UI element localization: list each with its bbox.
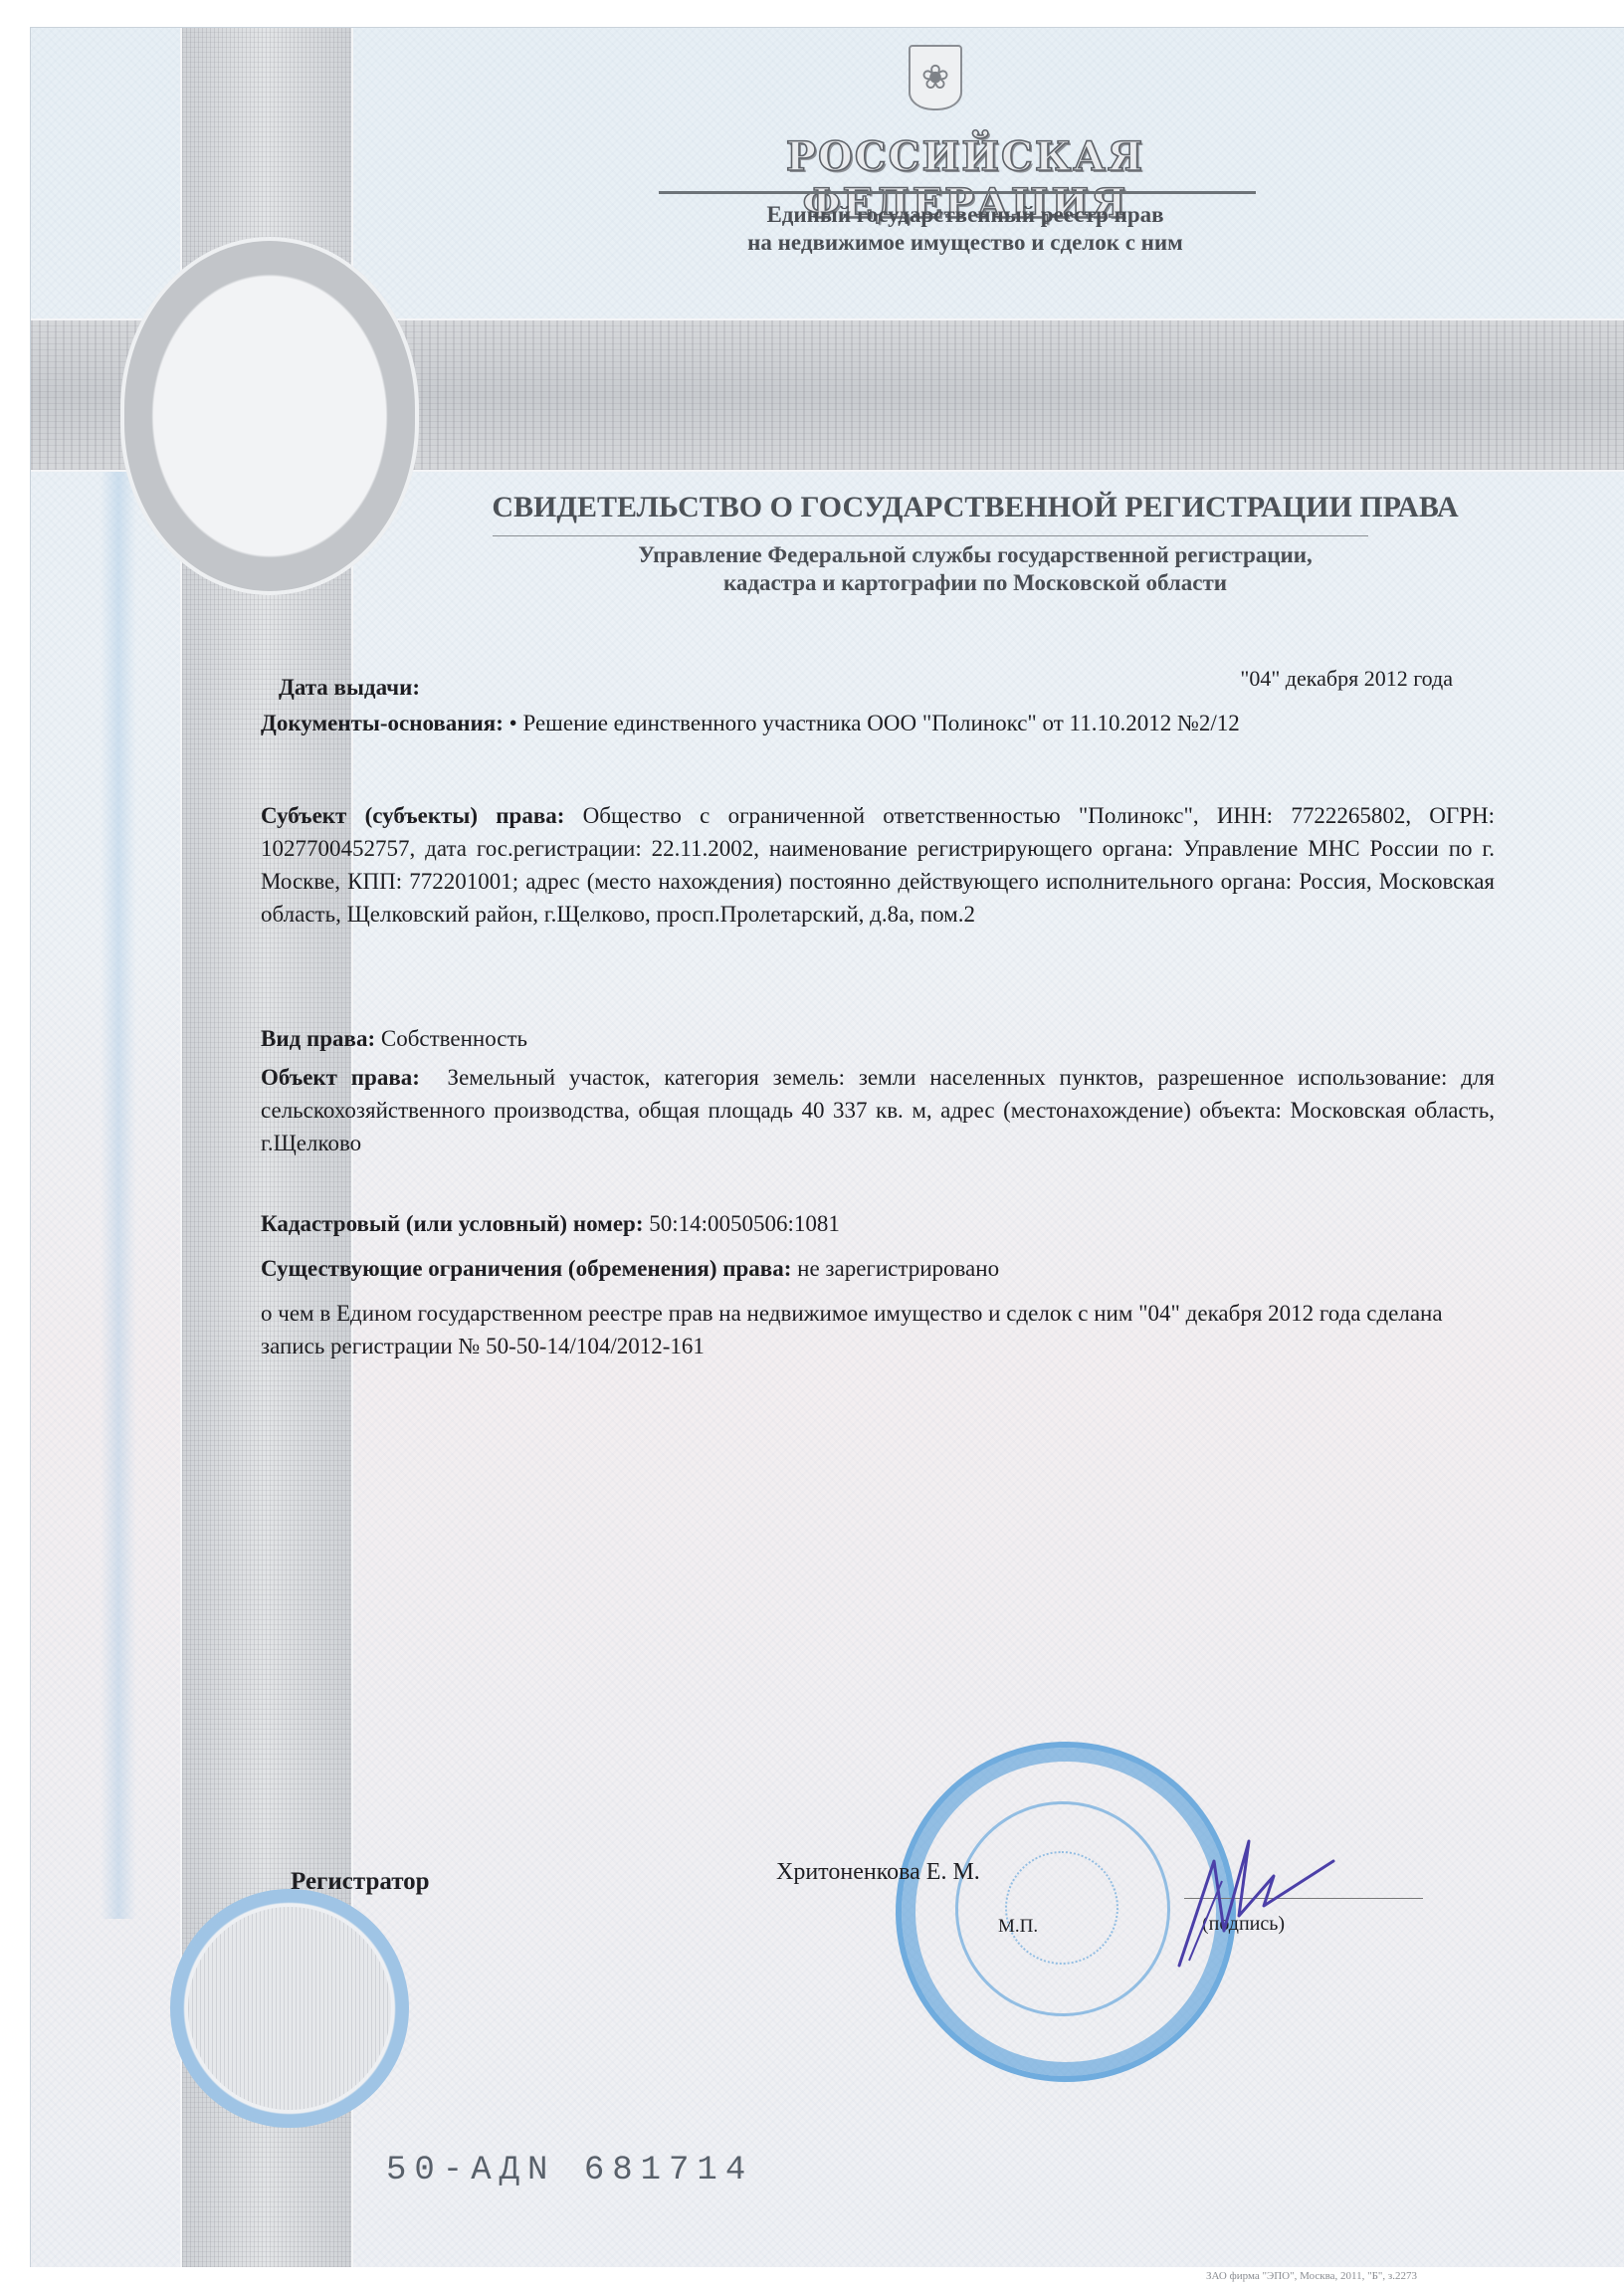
subject-label: Субъект (субъекты) права: — [261, 803, 564, 828]
certificate-title: СВИДЕТЕЛЬСТВО О ГОСУДАРСТВЕННОЙ РЕГИСТРА… — [378, 491, 1572, 524]
encumbrance-label: Существующие ограничения (обременения) п… — [261, 1256, 791, 1281]
coat-of-arms-icon: ❀ — [909, 45, 962, 110]
seal-center — [1005, 1851, 1118, 1965]
title-divider — [493, 535, 1368, 536]
right-type-value: Собственность — [381, 1026, 527, 1051]
issue-date-label: Дата выдачи: — [279, 675, 420, 701]
serial-number: 50-АДN 681714 — [386, 2152, 753, 2189]
registrar-name: Хритоненкова Е. М. — [776, 1859, 980, 1886]
registry-line-1: Единый государственный реестр прав — [617, 201, 1314, 229]
registry-subtitle: Единый государственный реестр прав на не… — [617, 201, 1314, 257]
registration-record: о чем в Едином государственном реестре п… — [261, 1297, 1495, 1362]
authority-line-1: Управление Федеральной службы государств… — [378, 541, 1572, 569]
encumbrance-field: Существующие ограничения (обременения) п… — [261, 1252, 1495, 1285]
handwritten-signature-icon — [1174, 1821, 1343, 1971]
basis-value: • Решение единственного участника ООО "П… — [509, 711, 1240, 735]
security-strip — [101, 426, 136, 1919]
registry-line-2: на недвижимое имущество и сделок с ним — [617, 229, 1314, 257]
issue-date-value: "04" декабря 2012 года — [1095, 666, 1453, 692]
guilloche-medallion — [120, 237, 419, 595]
object-value: Земельный участок, категория земель: зем… — [261, 1065, 1495, 1155]
right-type-field: Вид права: Собственность — [261, 1022, 1495, 1055]
authority-line-2: кадастра и картографии по Московской обл… — [378, 569, 1572, 597]
subject-field: Субъект (субъекты) права: Общество с огр… — [261, 799, 1495, 931]
stamp-place-label: М.П. — [998, 1916, 1038, 1938]
object-label: Объект права: — [261, 1065, 420, 1090]
cadastral-value: 50:14:0050506:1081 — [649, 1211, 840, 1236]
hologram-seal-pattern — [188, 1907, 391, 2110]
printer-imprint: ЗАО фирма "ЭПО", Москва, 2011, "Б", з.22… — [1206, 2270, 1417, 2282]
encumbrance-value: не зарегистрировано — [797, 1256, 999, 1281]
right-type-label: Вид права: — [261, 1026, 375, 1051]
header-divider — [659, 191, 1256, 194]
basis-field: Документы-основания: • Решение единствен… — [261, 707, 1495, 739]
basis-label: Документы-основания: — [261, 711, 504, 735]
issuing-authority: Управление Федеральной службы государств… — [378, 541, 1572, 597]
cadastral-label: Кадастровый (или условный) номер: — [261, 1211, 643, 1236]
registrar-label: Регистратор — [291, 1868, 430, 1896]
cadastral-field: Кадастровый (или условный) номер: 50:14:… — [261, 1207, 1495, 1240]
object-field: Объект права: Земельный участок, категор… — [261, 1061, 1495, 1159]
